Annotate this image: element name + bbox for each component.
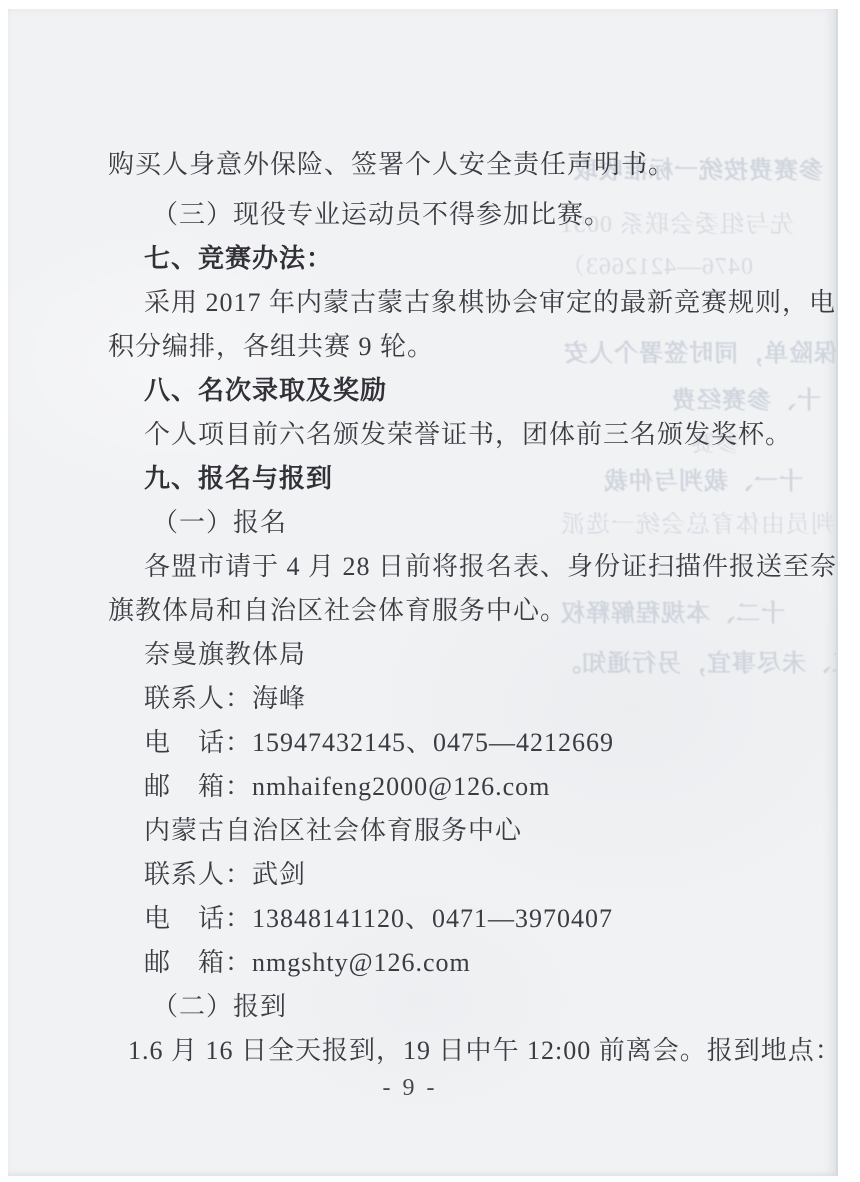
document-body: 购买人身意外保险、签署个人安全责任声明书。 （三）现役专业运动员不得参加比赛。 … — [108, 143, 808, 1073]
doc-line: 1.6 月 16 日全天报到，19 日中午 12:00 前离会。报到地点： — [108, 1029, 808, 1073]
page-number: - 9 - — [330, 1075, 490, 1102]
doc-line: 旗教体局和自治区社会体育服务中心。 — [108, 589, 808, 633]
org-name: 奈曼旗教体局 — [108, 633, 808, 677]
org-name: 内蒙古自治区社会体育服务中心 — [108, 809, 808, 853]
section-heading-7: 七、竞赛办法： — [108, 237, 808, 281]
doc-line: 个人项目前六名颁发荣誉证书，团体前三名颁发奖杯。 — [108, 413, 808, 457]
subsection-heading: （二）报到 — [108, 985, 808, 1029]
section-heading-9: 九、报名与报到 — [108, 457, 808, 501]
doc-line: 各盟市请于 4 月 28 日前将报名表、身份证扫描件报送至奈曼 — [108, 545, 808, 589]
doc-line: 购买人身意外保险、签署个人安全责任声明书。 — [108, 143, 808, 187]
scanned-page: 参赛费按统一标准收取 先与组委会联系 0051 0476—4212663） 保险… — [8, 9, 838, 1176]
doc-line: （三）现役专业运动员不得参加比赛。 — [108, 193, 808, 237]
contact-email: 邮 箱：nmhaifeng2000@126.com — [108, 765, 808, 809]
contact-phone: 电 话：13848141120、0471—3970407 — [108, 897, 808, 941]
doc-line: 积分编排，各组共赛 9 轮。 — [108, 325, 808, 369]
contact-email: 邮 箱：nmgshty@126.com — [108, 941, 808, 985]
contact-phone: 电 话：15947432145、0475—4212669 — [108, 721, 808, 765]
contact-person: 联系人：海峰 — [108, 677, 808, 721]
contact-person: 联系人：武剑 — [108, 853, 808, 897]
subsection-heading: （一）报名 — [108, 501, 808, 545]
section-heading-8: 八、名次录取及奖励 — [108, 369, 808, 413]
doc-line: 采用 2017 年内蒙古蒙古象棋协会审定的最新竞赛规则，电脑 — [108, 281, 808, 325]
